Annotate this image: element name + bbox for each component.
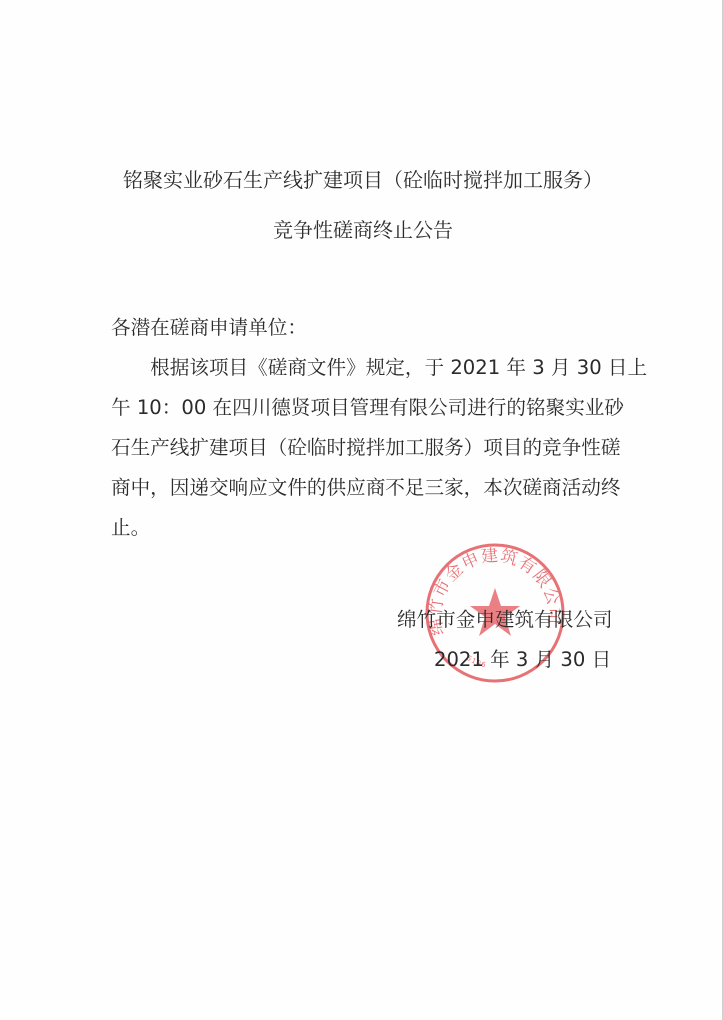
- paragraph-line-1: 根据该项目《磋商文件》规定，于 2021 年 3 月 30 日上: [111, 348, 611, 388]
- signature-company: 绵竹市金申建筑有限公司: [397, 606, 613, 634]
- signature-date: 2021 年 3 月 30 日: [434, 646, 611, 674]
- title-line-2: 竞争性磋商终止公告: [112, 218, 614, 242]
- document-page: 铭聚实业砂石生产线扩建项目（砼临时搅拌加工服务） 竞争性磋商终止公告 各潜在磋商…: [0, 0, 723, 1020]
- paragraph-line-2: 午 10：00 在四川德贤项目管理有限公司进行的铭聚实业砂: [111, 388, 611, 428]
- title-line-1: 铭聚实业砂石生产线扩建项目（砼临时搅拌加工服务）: [112, 168, 614, 192]
- salutation: 各潜在磋商申请单位：: [111, 308, 611, 348]
- paragraph-line-4: 商中，因递交响应文件的供应商不足三家，本次磋商活动终: [111, 468, 611, 508]
- paragraph-line-3: 石生产线扩建项目（砼临时搅拌加工服务）项目的竞争性磋: [111, 428, 611, 468]
